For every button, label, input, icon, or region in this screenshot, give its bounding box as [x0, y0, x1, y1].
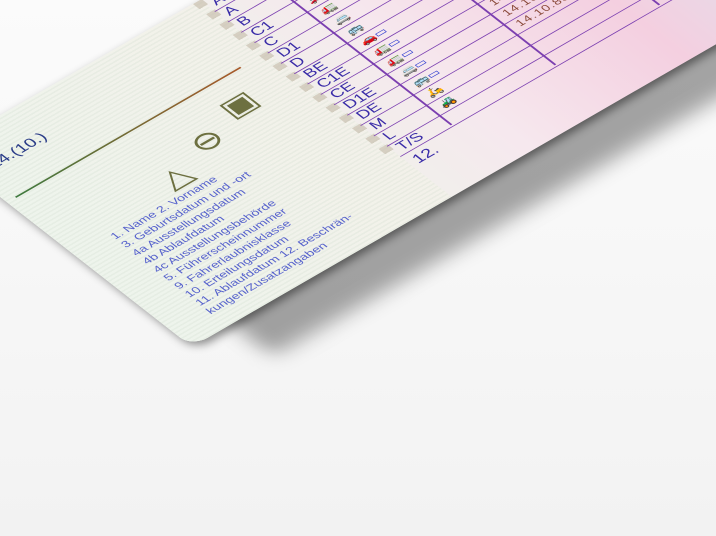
left-panel-label: 14.(10.) — [0, 130, 51, 172]
circle-icon: ⊖ — [180, 122, 234, 159]
item-12-label: 12. — [408, 143, 444, 166]
photo-scene: 14.(10.) △ ⊖ ▣ 1. Name 2. Vorname3. Gebu… — [0, 0, 716, 536]
square-icon: ▣ — [210, 85, 267, 124]
